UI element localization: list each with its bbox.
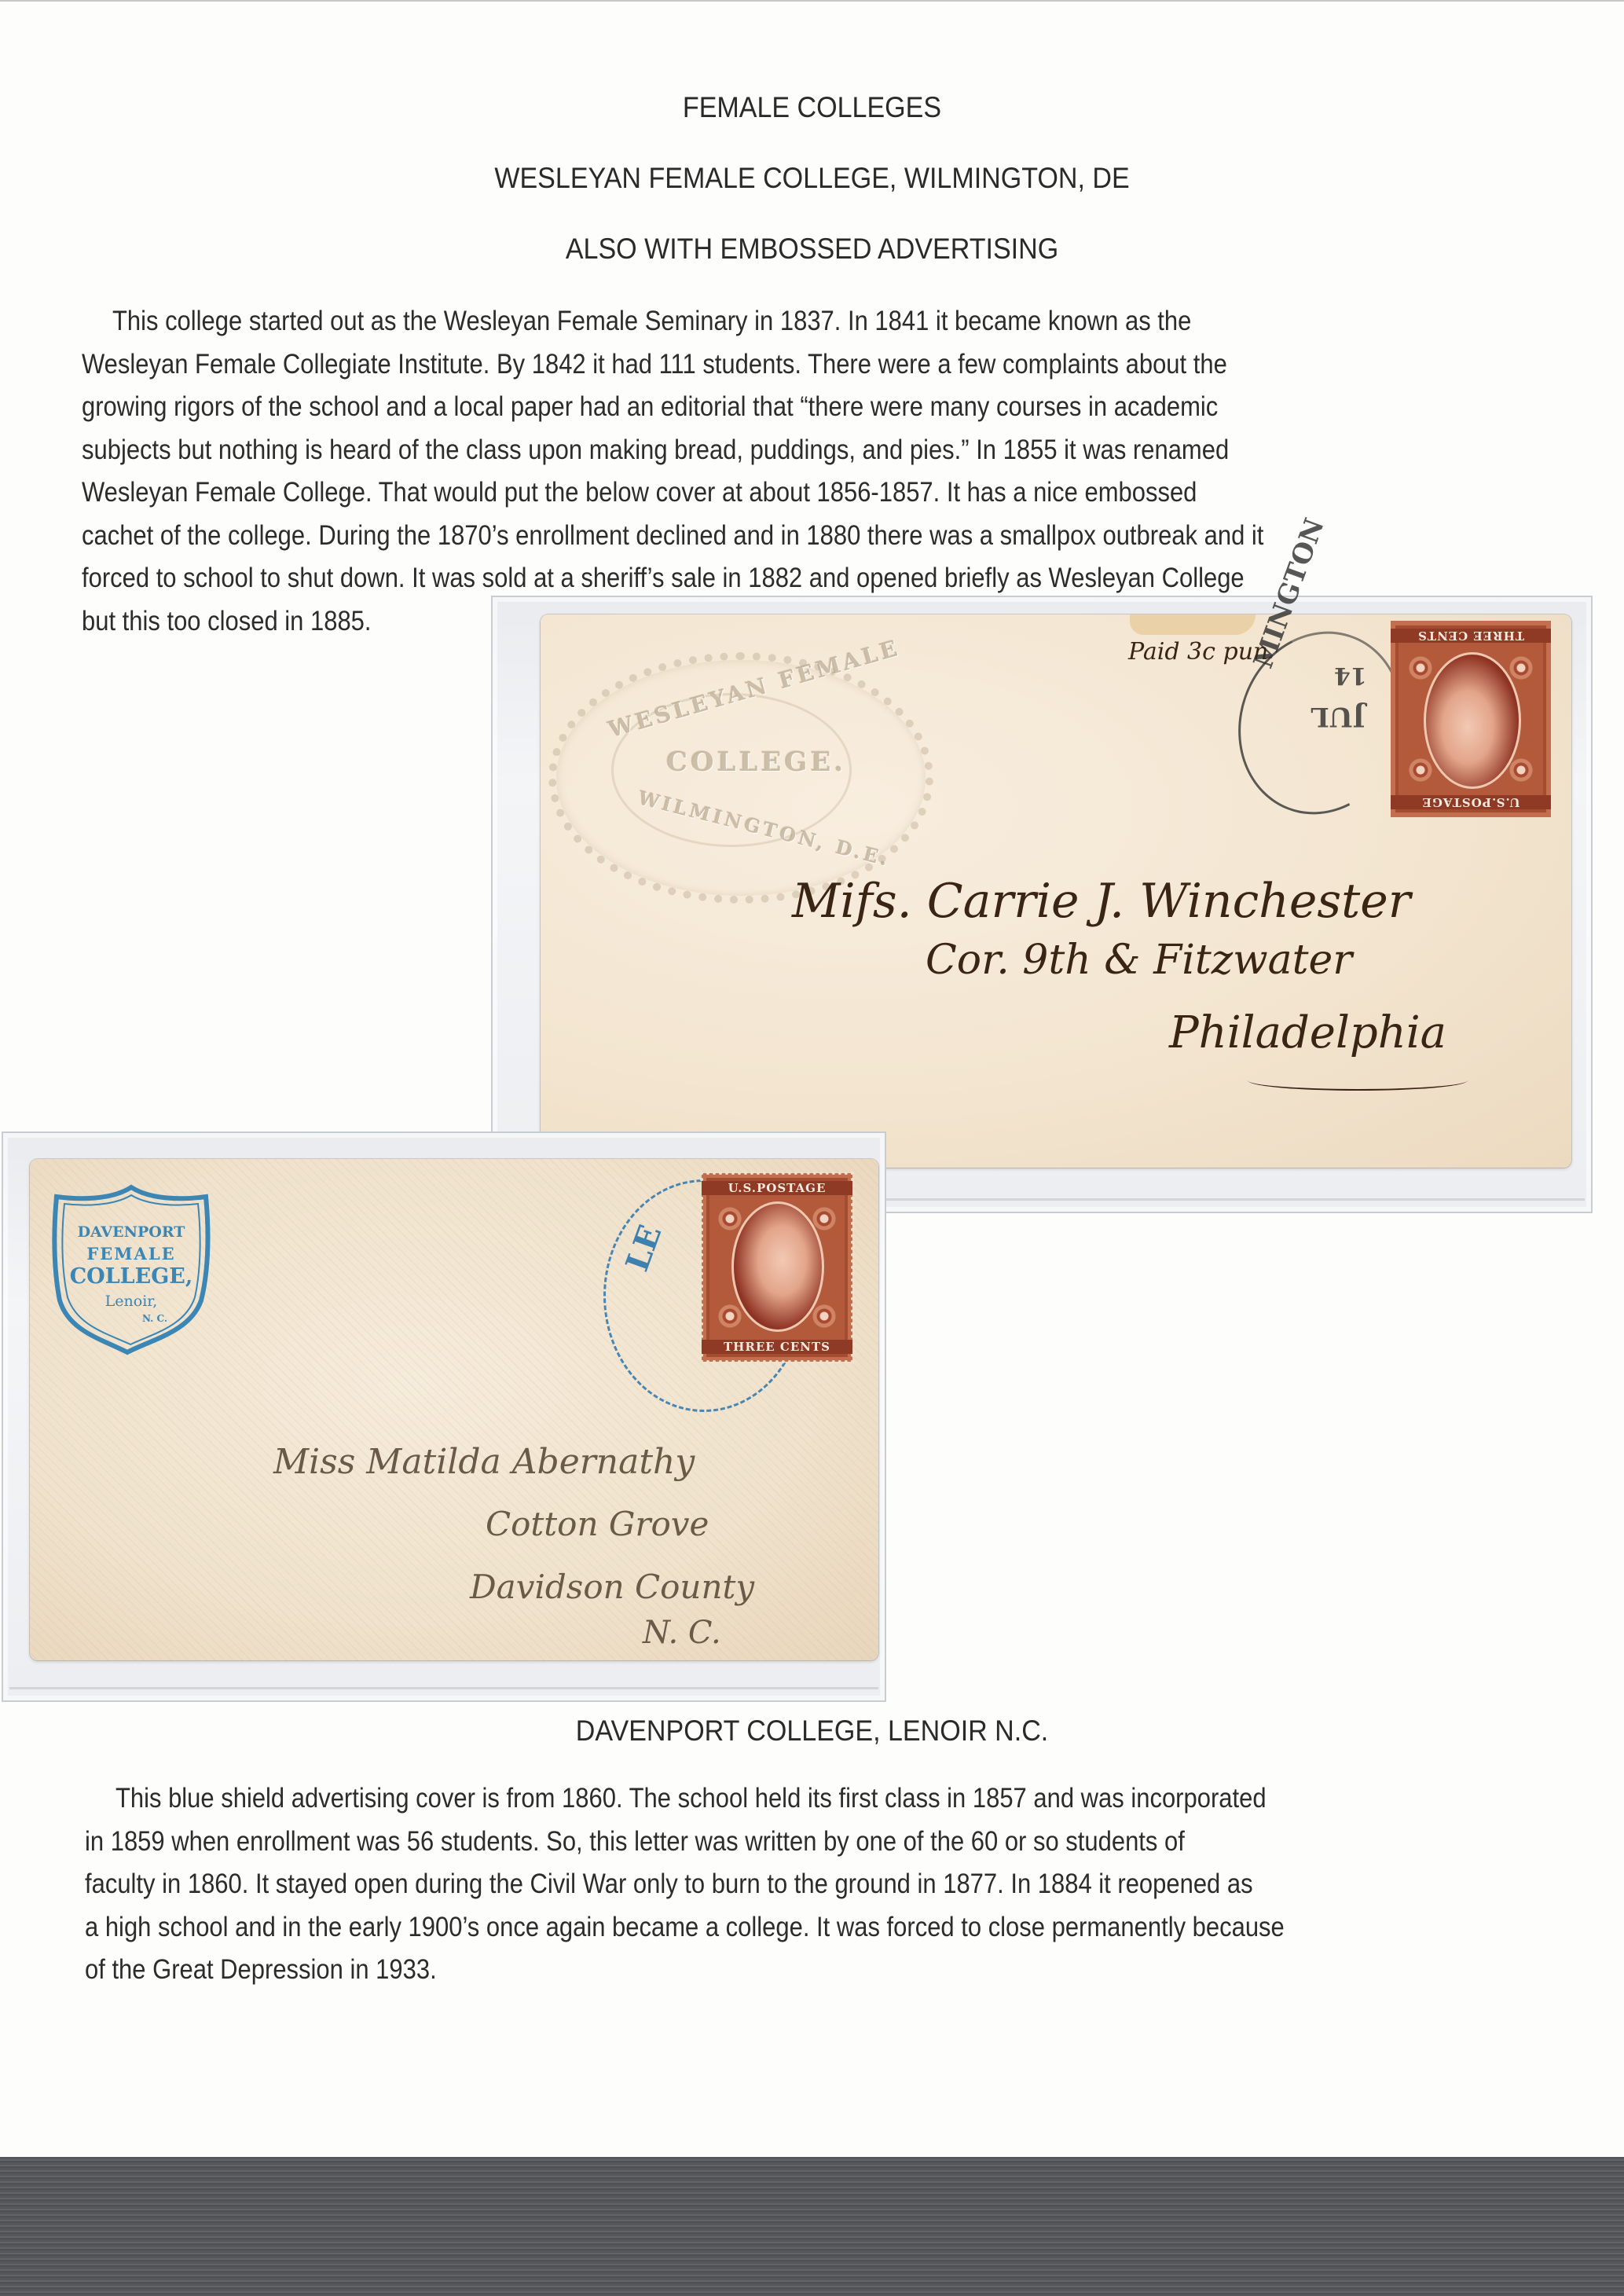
paragraph-line: This blue shield advertising cover is fr… (85, 1777, 1285, 1821)
paragraph-line: This college started out as the Wesleyan… (82, 300, 1263, 343)
address-line-2: Cor. 9th & Fitzwater (926, 937, 1352, 984)
stamp-bottom-label: THREE CENTS (702, 1340, 852, 1354)
scanner-edge-band (0, 2157, 1624, 2296)
address-line-3: Davidson County (470, 1568, 754, 1606)
stamp-top-label: THREE CENTS (1391, 629, 1551, 643)
shield-line-2: FEMALE (49, 1244, 214, 1264)
shield-line-5: N. C. (72, 1313, 237, 1324)
page-title: FEMALE COLLEGES (65, 91, 1560, 124)
paragraph-line: Wesleyan Female College. That would put … (82, 471, 1263, 515)
paragraph-line: of the Great Depression in 1933. (85, 1949, 1285, 1992)
shield-line-4: Lenoir, (49, 1293, 214, 1310)
stamp-bottom-label: U.S.POSTAGE (1391, 795, 1551, 809)
address-flourish (1248, 1070, 1468, 1091)
paragraph-line: a high school and in the early 1900’s on… (85, 1906, 1285, 1949)
paragraph-line: forced to school to shut down. It was so… (82, 557, 1263, 600)
washington-portrait (1424, 652, 1521, 789)
shield-line-3: COLLEGE, (49, 1264, 214, 1289)
address-line-2: Cotton Grove (486, 1505, 709, 1543)
paragraph-line: in 1859 when enrollment was 56 students.… (85, 1821, 1285, 1864)
address-line-4: N. C. (643, 1615, 721, 1651)
address-line-3: Philadelphia (1169, 1007, 1446, 1058)
paragraph-line: cachet of the college. During the 1870’s… (82, 515, 1263, 558)
stamp-top-label: U.S.POSTAGE (702, 1181, 852, 1195)
torn-edge (1130, 614, 1256, 635)
paragraph-line: Wesleyan Female Collegiate Institute. By… (82, 343, 1263, 387)
wesleyan-description: This college started out as the Wesleyan… (82, 300, 1263, 643)
stamp-three-cents: U.S.POSTAGE THREE CENTS (702, 1173, 852, 1362)
page-top-edge (0, 0, 1624, 2)
paragraph-line: faculty in 1860. It stayed open during t… (85, 1863, 1285, 1906)
address-line-1: Miss Matilda Abernathy (273, 1442, 695, 1482)
wesleyan-cover: WESLEYAN FEMALE COLLEGE. WILMINGTON, D.E… (541, 614, 1571, 1168)
paragraph-line: subjects but nothing is heard of the cla… (82, 429, 1263, 472)
section-subheading-embossed: ALSO WITH EMBOSSED ADVERTISING (65, 233, 1560, 266)
embossed-cachet-center-text: COLLEGE. (666, 746, 846, 778)
postmark-month: JUL (1311, 701, 1366, 732)
shield-line-1: DAVENPORT (49, 1223, 214, 1241)
section-heading-davenport: DAVENPORT COLLEGE, LENOIR N.C. (65, 1715, 1560, 1748)
shield-cachet: DAVENPORT FEMALE COLLEGE, Lenoir, N. C. (49, 1183, 214, 1357)
washington-portrait (731, 1201, 824, 1332)
paragraph-line: growing rigors of the school and a local… (82, 386, 1263, 429)
davenport-cover: DAVENPORT FEMALE COLLEGE, Lenoir, N. C. … (30, 1159, 878, 1660)
address-line-1: Mifs. Carrie J. Winchester (792, 874, 1410, 929)
postmark-day: 14 (1334, 662, 1367, 689)
stamp-three-cents-inverted: THREE CENTS U.S.POSTAGE (1391, 621, 1551, 817)
davenport-description: This blue shield advertising cover is fr… (85, 1777, 1285, 1992)
section-heading-wesleyan: WESLEYAN FEMALE COLLEGE, WILMINGTON, DE (65, 162, 1560, 195)
